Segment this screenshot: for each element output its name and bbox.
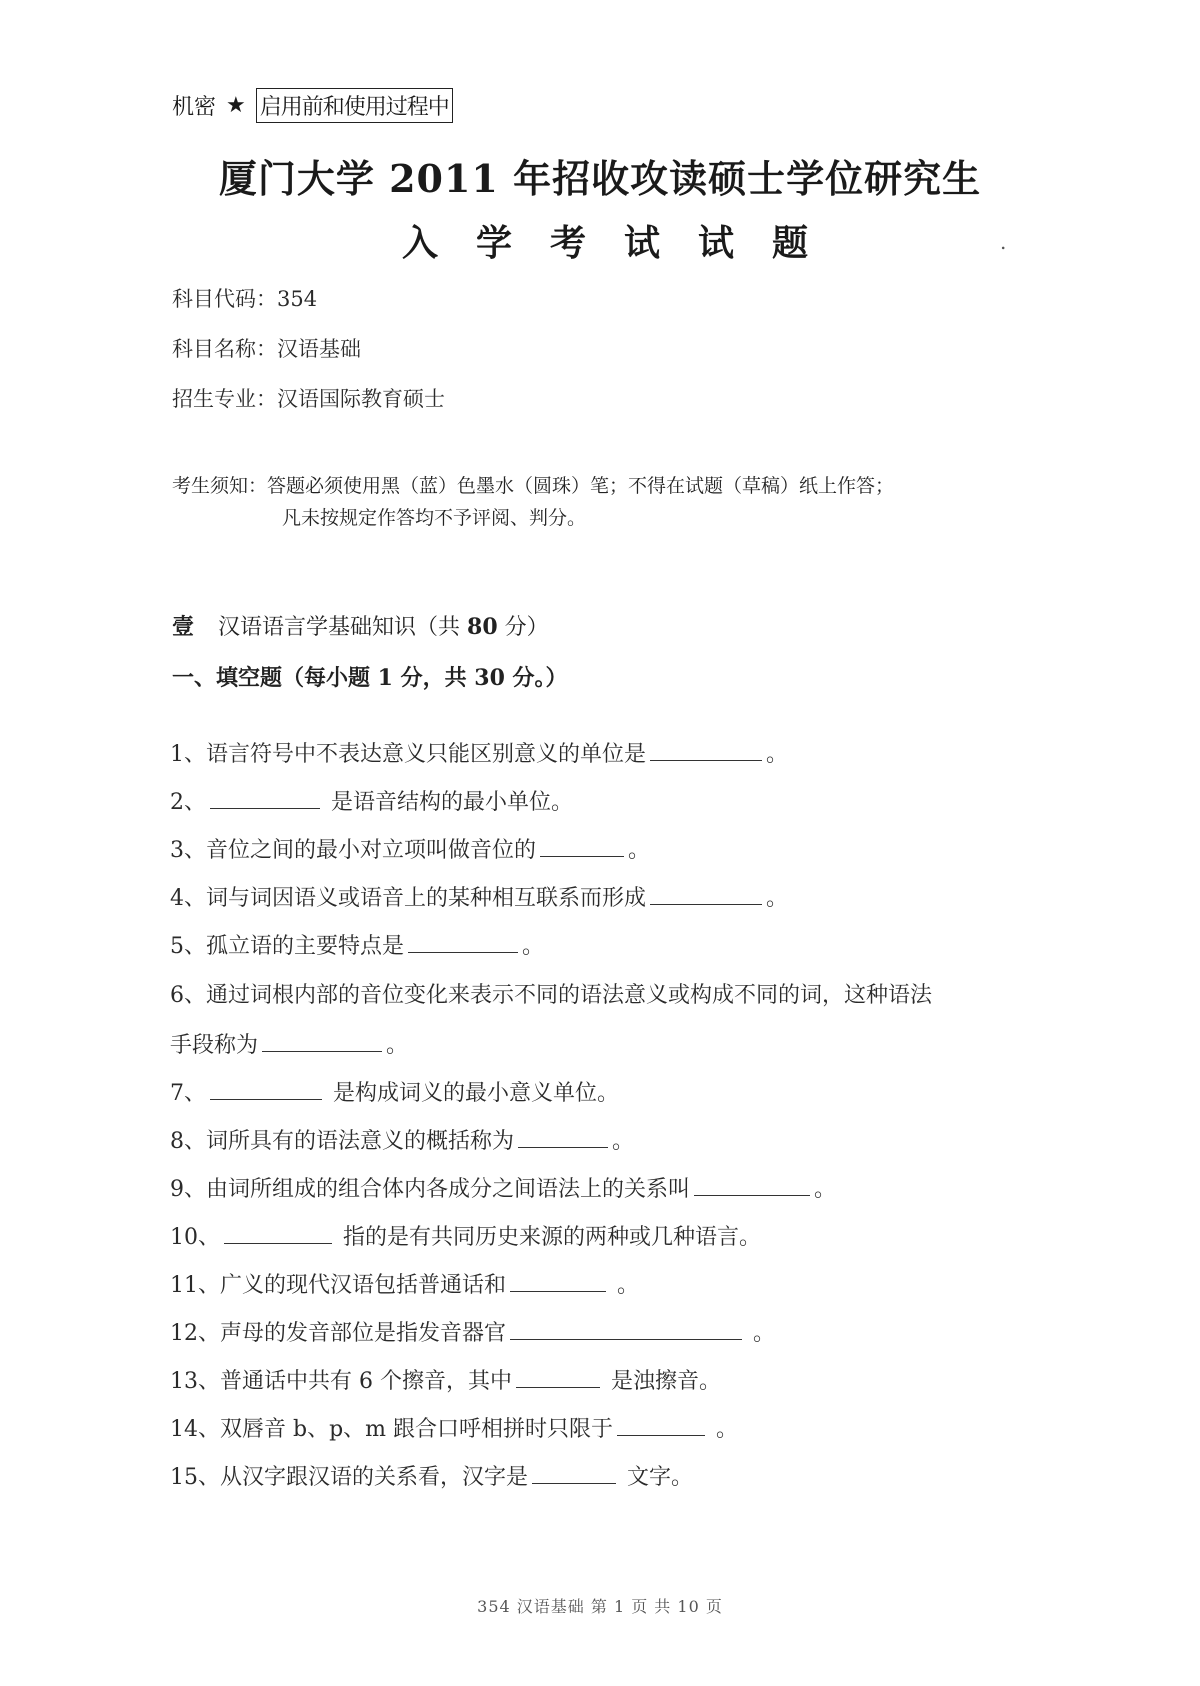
exam-subtitle: 入 学 考 试 试 题 — [0, 215, 1200, 266]
question-text-end: 是语音结构的最小单位。 — [324, 790, 573, 815]
question: 9、由词所组成的组合体内各成分之间语法上的关系叫。 — [170, 1172, 836, 1203]
question-text: 6、通过词根内部的音位变化来表示不同的语法意义或构成不同的词，这种语法 — [170, 983, 932, 1008]
question-text: 7、 — [170, 1081, 206, 1106]
question-text: 5、孤立语的主要特点是 — [170, 934, 404, 959]
question-text-end: 。 — [814, 1177, 836, 1202]
question-text-end: 文字。 — [620, 1465, 693, 1490]
answer-blank — [510, 1271, 606, 1292]
subtitle-char: 入 — [402, 215, 438, 266]
answer-blank — [210, 788, 320, 809]
question-text-end: 。 — [522, 934, 544, 959]
question-text: 4、词与词因语义或语音上的某种相互联系而形成 — [170, 886, 646, 911]
section-score: 80 — [467, 614, 498, 640]
subtitle-char: 学 — [476, 215, 512, 266]
subject-code: 科目代码：354 — [172, 283, 317, 313]
question-text: 3、音位之间的最小对立项叫做音位的 — [170, 838, 536, 863]
answer-blank — [210, 1079, 322, 1100]
question-text: 手段称为 — [170, 1033, 258, 1058]
question: 3、音位之间的最小对立项叫做音位的。 — [170, 833, 650, 864]
question: 6、通过词根内部的音位变化来表示不同的语法意义或构成不同的词，这种语法 — [170, 978, 932, 1009]
question-text: 10、 — [170, 1225, 220, 1250]
subtitle-char: 试 — [624, 215, 660, 266]
answer-blank — [510, 1319, 742, 1340]
question: 13、普通话中共有 6 个擦音，其中 是浊擦音。 — [170, 1364, 721, 1395]
star-icon: ★ — [226, 93, 246, 118]
question-text-end: 。 — [709, 1417, 738, 1442]
page-footer: 354 汉语基础 第 1 页 共 10 页 — [0, 1594, 1200, 1617]
answer-blank — [516, 1367, 600, 1388]
question-text-end: 。 — [386, 1033, 408, 1058]
question: 10、 指的是有共同历史来源的两种或几种语言。 — [170, 1220, 761, 1251]
question-text-end: 是构成词义的最小意义单位。 — [326, 1081, 619, 1106]
answer-blank — [408, 932, 518, 953]
answer-blank — [617, 1415, 705, 1436]
question: 4、词与词因语义或语音上的某种相互联系而形成。 — [170, 881, 788, 912]
answer-blank — [540, 836, 624, 857]
question: 15、从汉字跟汉语的关系看，汉字是 文字。 — [170, 1460, 693, 1491]
answer-blank — [650, 740, 762, 761]
question-text: 15、从汉字跟汉语的关系看，汉字是 — [170, 1465, 528, 1490]
exam-notice: 考生须知：答题必须使用黑（蓝）色墨水（圆珠）笔；不得在试题（草稿）纸上作答； 凡… — [172, 470, 894, 534]
stray-mark: . — [1000, 230, 1006, 254]
question: 8、词所具有的语法意义的概括称为。 — [170, 1124, 634, 1155]
question: 12、声母的发音部位是指发音器官 。 — [170, 1316, 775, 1347]
major: 招生专业：汉语国际教育硕士 — [172, 383, 445, 413]
question: 14、双唇音 b、p、m 跟合口呼相拼时只限于 。 — [170, 1412, 738, 1443]
notice-line-1: 考生须知：答题必须使用黑（蓝）色墨水（圆珠）笔；不得在试题（草稿）纸上作答； — [172, 470, 894, 502]
question-text: 8、词所具有的语法意义的概括称为 — [170, 1129, 514, 1154]
secret-label: 机密 — [172, 90, 216, 121]
question-text-end: 。 — [610, 1273, 639, 1298]
question-continued: 手段称为。 — [170, 1028, 408, 1059]
question: 2、 是语音结构的最小单位。 — [170, 785, 573, 816]
answer-blank — [262, 1031, 382, 1052]
question-text: 11、广义的现代汉语包括普通话和 — [170, 1273, 506, 1298]
question-text-end: 指的是有共同历史来源的两种或几种语言。 — [336, 1225, 761, 1250]
question-text: 12、声母的发音部位是指发音器官 — [170, 1321, 506, 1346]
question-text: 14、双唇音 b、p、m 跟合口呼相拼时只限于 — [170, 1417, 613, 1442]
question-text-end: 是浊擦音。 — [604, 1369, 721, 1394]
question-text: 9、由词所组成的组合体内各成分之间语法上的关系叫 — [170, 1177, 690, 1202]
question: 5、孤立语的主要特点是。 — [170, 929, 544, 960]
question-text: 2、 — [170, 790, 206, 815]
question: 1、语言符号中不表达意义只能区别意义的单位是。 — [170, 737, 788, 768]
answer-blank — [532, 1463, 616, 1484]
question-text-end: 。 — [766, 886, 788, 911]
subsection-heading: 一、填空题（每小题 1 分，共 30 分。） — [172, 661, 568, 692]
question-text-end: 。 — [746, 1321, 775, 1346]
answer-blank — [650, 884, 762, 905]
section-heading: 壹汉语语言学基础知识（共 80 分） — [172, 610, 549, 641]
section-title-end: 分） — [505, 615, 549, 640]
subtitle-char: 题 — [772, 215, 808, 266]
answer-blank — [694, 1175, 810, 1196]
section-title: 汉语语言学基础知识（共 — [218, 615, 460, 640]
confidential-header: 机密 ★ 启用前和使用过程中 — [172, 88, 453, 123]
exam-title: 厦门大学 2011 年招收攻读硕士学位研究生 — [0, 148, 1200, 203]
subtitle-char: 考 — [550, 215, 586, 266]
question: 7、 是构成词义的最小意义单位。 — [170, 1076, 619, 1107]
section-number: 壹 — [172, 614, 194, 640]
secret-box: 启用前和使用过程中 — [256, 88, 453, 123]
notice-line-2: 凡未按规定作答均不予评阅、判分。 — [172, 502, 894, 534]
question-text-end: 。 — [612, 1129, 634, 1154]
subject-name: 科目名称：汉语基础 — [172, 333, 361, 363]
answer-blank — [518, 1127, 608, 1148]
question-text: 1、语言符号中不表达意义只能区别意义的单位是 — [170, 742, 646, 767]
question-text: 13、普通话中共有 6 个擦音，其中 — [170, 1369, 512, 1394]
subtitle-char: 试 — [698, 215, 734, 266]
question: 11、广义的现代汉语包括普通话和 。 — [170, 1268, 639, 1299]
answer-blank — [224, 1223, 332, 1244]
question-text-end: 。 — [628, 838, 650, 863]
question-text-end: 。 — [766, 742, 788, 767]
